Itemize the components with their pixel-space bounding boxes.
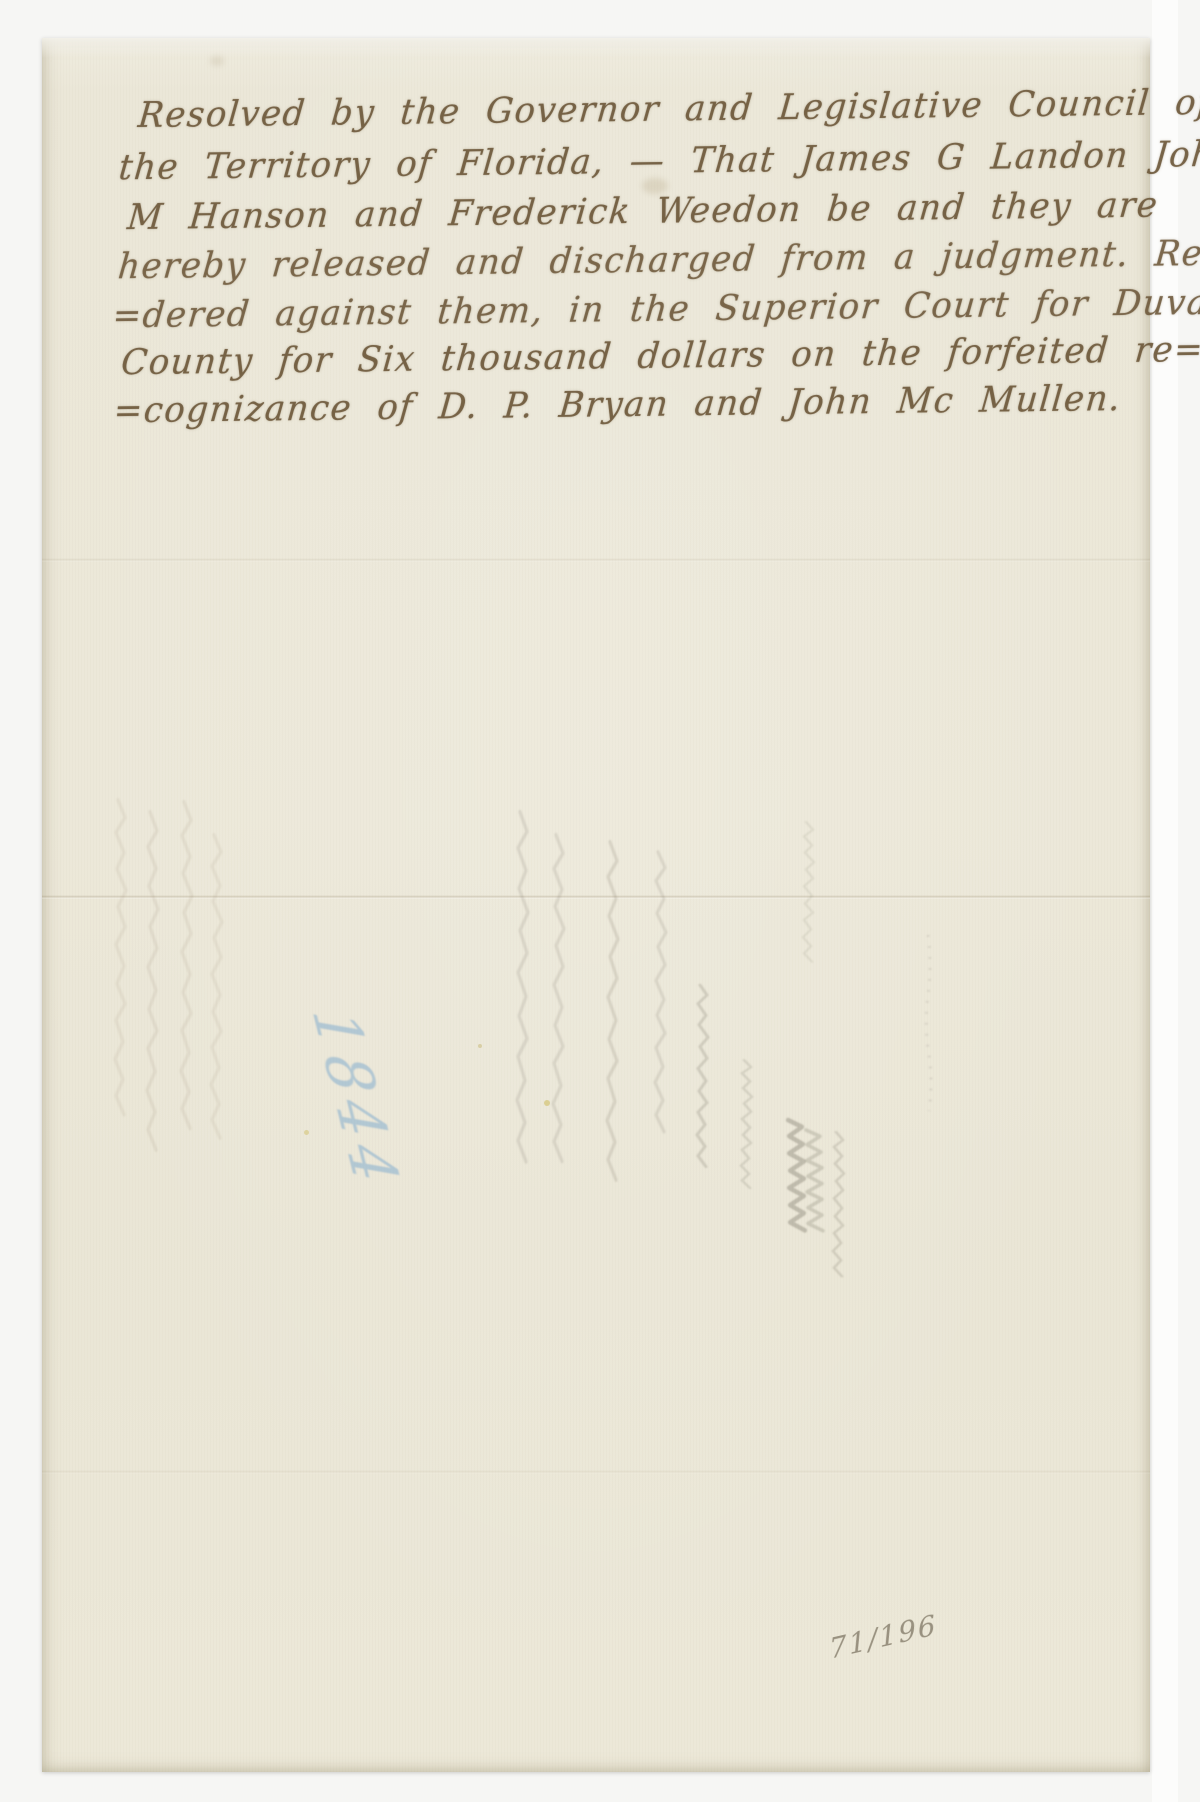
scanned-document-page: { "page": { "kind": "scanned handwritten… xyxy=(0,0,1200,1802)
paper-stain xyxy=(304,1130,309,1135)
bleedthrough-writing-marks xyxy=(42,38,1150,1772)
ink-smudge xyxy=(642,178,668,194)
paper-stain xyxy=(544,1100,550,1106)
manuscript-paper-sheet: Resolved by the Governor and Legislative… xyxy=(42,38,1150,1772)
ink-smudge xyxy=(210,56,224,66)
paper-stain xyxy=(478,1044,482,1048)
